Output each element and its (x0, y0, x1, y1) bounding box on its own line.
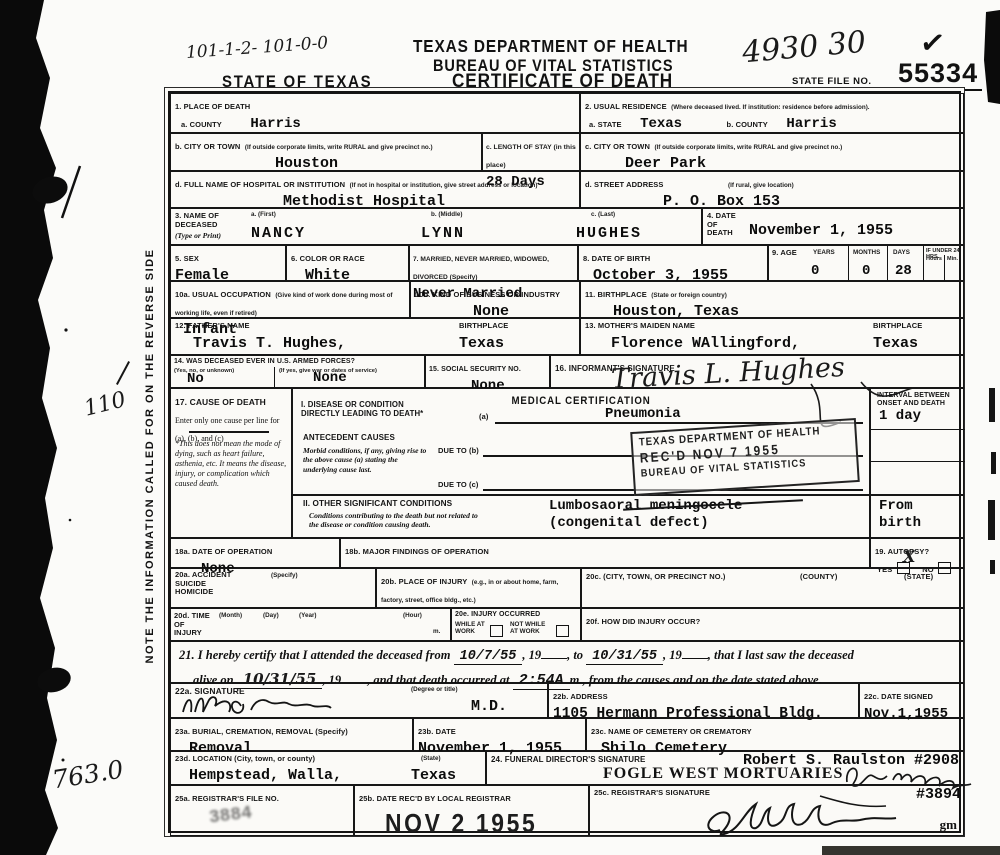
field-date-signed: 22c. DATE SIGNED Nov.1,1955 (859, 683, 964, 718)
field-place-of-death: 1. PLACE OF DEATH a. COUNTY Harris (170, 93, 580, 133)
field-name-of-deceased: 3. NAME OF DECEASED (Type or Print) a. (… (170, 208, 702, 245)
handwritten-file-code: 4930 30 (741, 25, 868, 71)
field-accident-suicide-homicide: 20a. ACCIDENT SUICIDE HOMICIDE (Specify) (170, 568, 376, 608)
field-hospital-name: d. FULL NAME OF HOSPITAL OR INSTITUTION … (170, 171, 580, 208)
field-injury-city-county-state: 20c. (CITY, TOWN, OR PRECINCT NO.) (COUN… (581, 568, 964, 608)
field-usual-occupation: 10a. USUAL OCCUPATION (Give kind of work… (170, 281, 410, 318)
field-street-address: d. STREET ADDRESS (If rural, give locati… (580, 171, 964, 208)
other-condition-value-2: (congenital defect) (549, 515, 709, 531)
clerk-initials: gm (940, 817, 957, 833)
field-interval-other: From birth (870, 495, 964, 538)
field-autopsy: 19. AUTOPSY? YES X NO (870, 538, 964, 568)
autopsy-yes-mark: X (903, 547, 915, 566)
field-usual-residence: 2. USUAL RESIDENCE (Where deceased lived… (580, 93, 964, 133)
certificate-number: #3894 (916, 786, 961, 803)
scanned-death-certificate: { "page": { "side_note": "NOTE THE INFOR… (0, 0, 1000, 855)
field-funeral-director: 24. FUNERAL DIRECTOR'S SIGNATURE Robert … (486, 751, 964, 785)
field-registrar-file-no: 25a. REGISTRAR'S FILE NO. 3884 (170, 785, 354, 836)
field-birthplace: 11. BIRTHPLACE (State or foreign country… (580, 281, 964, 318)
field-burial-date: 23b. DATE November 1, 1955 (413, 718, 586, 751)
field-date-of-operation: 18a. DATE OF OPERATION None (170, 538, 340, 568)
field-major-findings: 18b. MAJOR FINDINGS OF OPERATION (340, 538, 870, 568)
physician-signature-script (179, 692, 339, 718)
field-time-of-injury: 20d. TIME OF INJURY (Month) (Day) (Year)… (170, 608, 451, 641)
attended-from-date: 10/7/55 (454, 649, 523, 665)
scan-edge-bottom (822, 846, 1000, 855)
field-interval-onset-death: INTERVAL BETWEEN ONSET AND DEATH 1 day (870, 388, 964, 495)
field-registrar-signature: 25c. REGISTRAR'S SIGNATURE #3894 gm (589, 785, 964, 836)
review-checkmark: ✓ (918, 24, 948, 62)
field-other-significant-conditions: II. OTHER SIGNIFICANT CONDITIONS Conditi… (292, 495, 870, 538)
interval-a-value: 1 day (879, 408, 921, 424)
field-how-injury-occurred: 20f. HOW DID INJURY OCCUR? (581, 608, 964, 641)
field-informant-signature: 16. INFORMANT'S SIGNATURE Travis L. Hugh… (550, 355, 964, 388)
field-age: 9. AGE YEARS MONTHS DAYS IF UNDER 24 HRS… (768, 245, 964, 281)
film-edge-left (0, 0, 110, 855)
handwritten-batch-code: 101-1-2- 101-0-0 (185, 33, 328, 63)
other-condition-value-1: Lumbosaoral meningocele (549, 498, 742, 514)
field-physician-address: 22b. ADDRESS 1105 Hermann Professional B… (548, 683, 859, 718)
attended-to-date: 10/31/55 (586, 649, 663, 665)
certificate-form: 1. PLACE OF DEATH a. COUNTY Harris 2. US… (164, 87, 965, 837)
field-date-recd-local-registrar: 25b. DATE REC'D BY LOCAL REGISTRAR NOV 2… (354, 785, 589, 836)
field-cemetery-name: 23c. NAME OF CEMETERY OR CREMATORY Shilo… (586, 718, 964, 751)
field-city-of-death: b. CITY OR TOWN (If outside corporate li… (170, 133, 482, 171)
field-burial-removal: 23a. BURIAL, CREMATION, REMOVAL (Specify… (170, 718, 413, 751)
cause-a-value: Pneumonia (605, 406, 681, 422)
field-color-race: 6. COLOR OR RACEWhite (286, 245, 409, 281)
not-while-at-work-checkbox (556, 625, 569, 637)
field-date-of-birth: 8. DATE OF BIRTH October 3, 1955 (578, 245, 768, 281)
field-certify-statement: 21. I hereby certify that I attended the… (170, 641, 964, 683)
field-cause-of-death-notes: 17. CAUSE OF DEATH Enter only one cause … (170, 388, 292, 538)
while-at-work-checkbox (490, 625, 503, 637)
field-armed-forces: 14. WAS DECEASED EVER IN U.S. ARMED FORC… (170, 355, 425, 388)
scan-edge-right (980, 0, 1000, 855)
registrar-file-stamp: 3884 (208, 803, 253, 828)
field-residence-city: c. CITY OR TOWN (If outside corporate li… (580, 133, 964, 171)
field-father-name: 12. FATHER'S NAME BIRTHPLACE Travis T. H… (170, 318, 580, 355)
field-date-of-death: 4. DATE OF DEATH November 1, 1955 (702, 208, 964, 245)
field-place-of-injury: 20b. PLACE OF INJURY (e.g., in or about … (376, 568, 581, 608)
field-burial-location: 23d. LOCATION (City, town, or county) (S… (170, 751, 486, 785)
field-length-of-stay: c. LENGTH OF STAY (in this place) 28 Day… (482, 133, 580, 171)
registrar-signature-script (700, 794, 920, 838)
field-social-security: 15. SOCIAL SECURITY NO. None (425, 355, 550, 388)
physician-degree: M.D. (471, 698, 507, 715)
field-business-industry: 10b. KIND OF BUSINESS OR INDUSTRY None (410, 281, 580, 318)
field-sex: 5. SEXFemale (170, 245, 286, 281)
field-injury-occurred: 20e. INJURY OCCURRED WHILE AT WORK NOT W… (451, 608, 581, 641)
received-date-stamp: NOV 2 1955 (385, 808, 537, 839)
field-mother-maiden-name: 13. MOTHER'S MAIDEN NAME BIRTHPLACE Flor… (580, 318, 964, 355)
state-file-no-label: STATE FILE NO. (792, 76, 871, 87)
funeral-home-name: FOGLE WEST MORTUARIES (603, 765, 843, 783)
field-marital-status: 7. MARRIED, NEVER MARRIED, WIDOWED, DIVO… (409, 245, 578, 281)
field-physician-signature: 22a. SIGNATURE (Degree or title) M.D. (170, 683, 548, 718)
margin-slash (116, 361, 130, 385)
